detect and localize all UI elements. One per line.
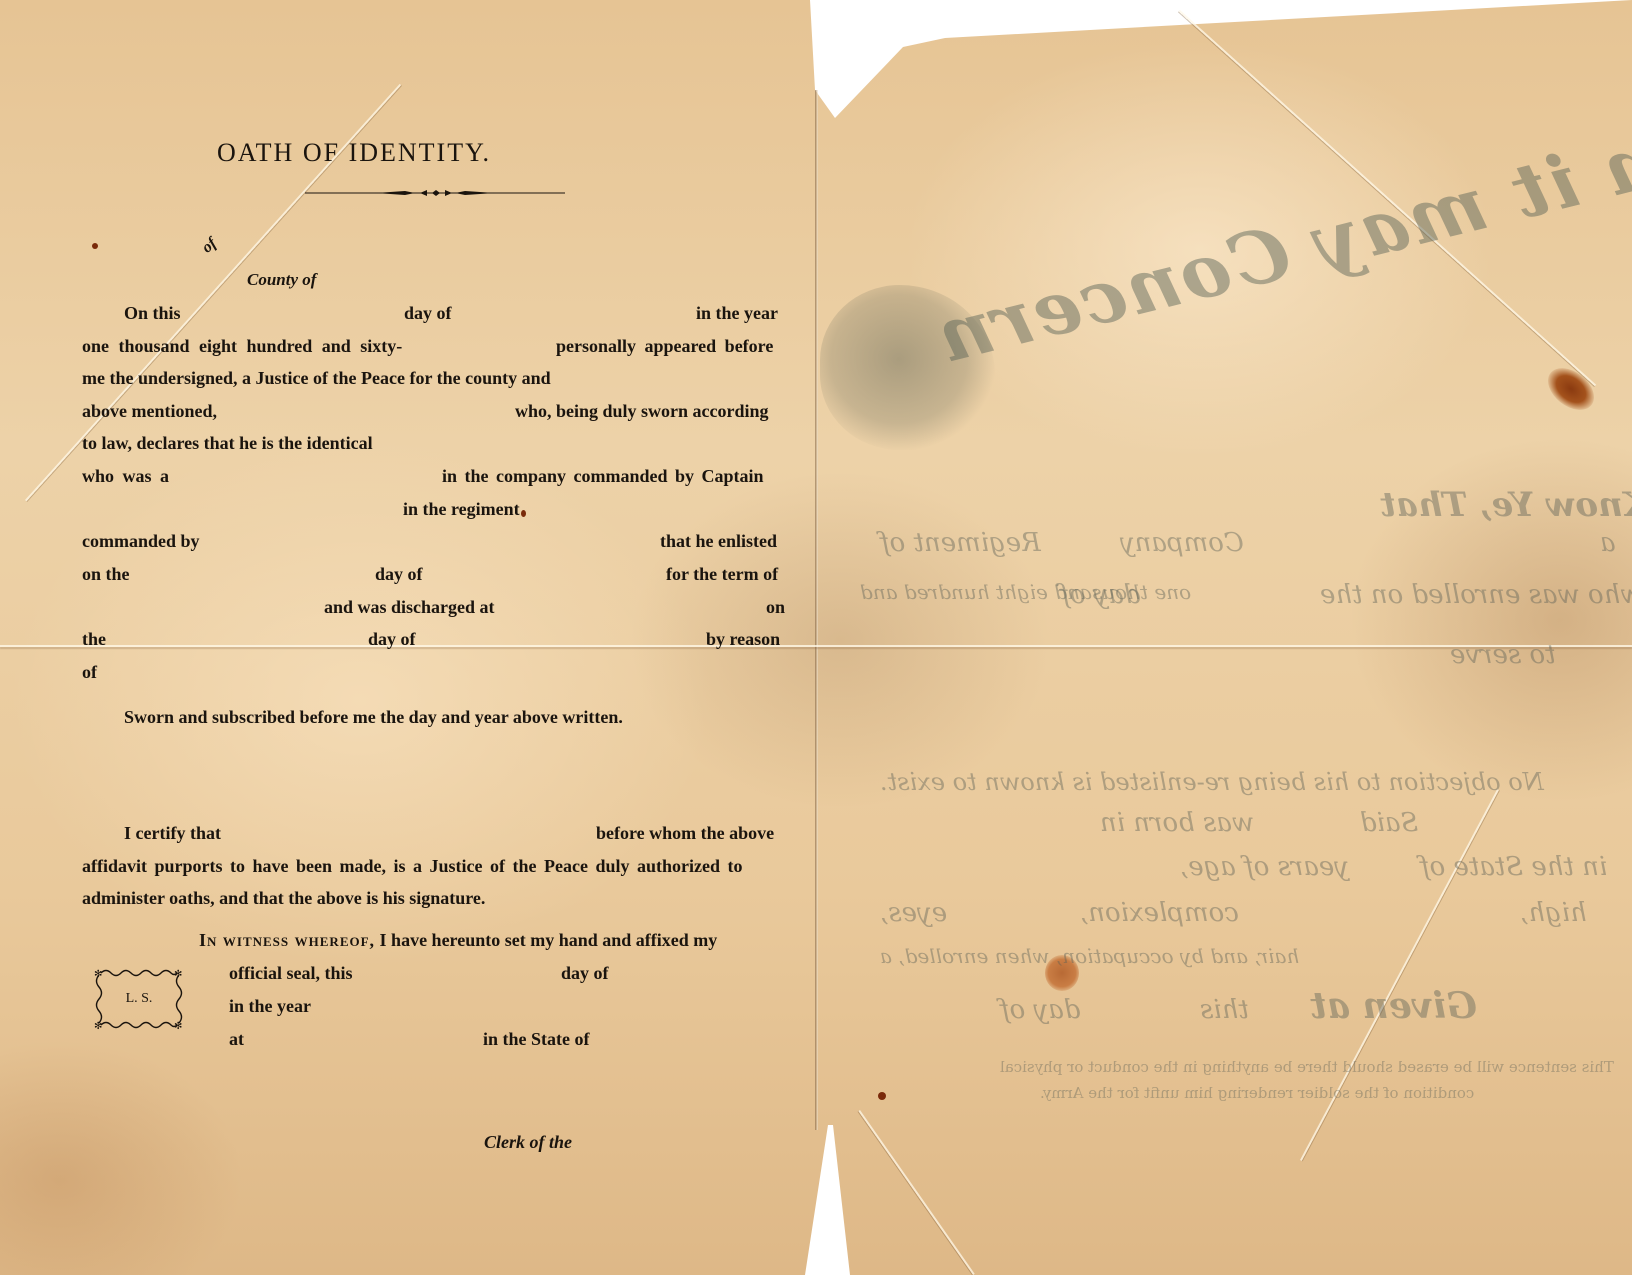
reverse-line: one thousand eight hundred and xyxy=(860,580,1191,604)
witness-lead: In witness whereof, xyxy=(199,930,375,950)
witness-line: in the State of xyxy=(483,1030,590,1048)
body-text: in the year xyxy=(696,304,778,322)
body-text: personally appeared before xyxy=(556,337,773,355)
oath-form: OATH OF IDENTITY. of County of On this d… xyxy=(0,0,820,1275)
reverse-footnote: This sentence will be erased should ther… xyxy=(1000,1058,1614,1076)
witness-rest: I have hereunto set my hand and affixed … xyxy=(380,930,718,950)
reverse-line: hair, and by occupation, when enrolled, … xyxy=(880,944,1299,968)
body-text: the xyxy=(82,630,106,648)
seal-label: L. S. xyxy=(93,991,185,1007)
body-text: in the company commanded by Captain xyxy=(442,467,764,485)
body-text: and was discharged at xyxy=(324,598,495,616)
body-text: in the regiment xyxy=(403,500,520,518)
witness-line: day of xyxy=(561,964,609,982)
reverse-line: Regiment of xyxy=(880,528,1041,558)
body-text: commanded by xyxy=(82,532,200,550)
clerk-signature-label: Clerk of the xyxy=(484,1133,572,1151)
of-label: of xyxy=(199,236,219,257)
body-text: On this xyxy=(124,304,181,322)
title-ornament-rule xyxy=(305,188,565,198)
reverse-line: Company xyxy=(1120,528,1244,558)
certify-text: affidavit purports to have been made, is… xyxy=(82,857,742,875)
body-text: on xyxy=(766,598,785,616)
reverse-line: a xyxy=(1600,528,1616,558)
reverse-line: was born in xyxy=(1100,808,1254,838)
body-text: above mentioned, xyxy=(82,402,217,420)
body-text: who was a xyxy=(82,467,169,485)
reverse-line: years of age, xyxy=(1180,852,1349,882)
reverse-line: day of xyxy=(1000,995,1080,1025)
certify-text: before whom the above xyxy=(596,824,774,842)
body-text: of xyxy=(82,663,97,681)
body-text: me the undersigned, a Justice of the Pea… xyxy=(82,369,551,387)
body-text: day of xyxy=(404,304,452,322)
body-text: who, being duly sworn according xyxy=(515,402,769,420)
svg-text:✻: ✻ xyxy=(94,969,102,980)
body-text: on the xyxy=(82,565,130,583)
svg-text:✻: ✻ xyxy=(174,969,182,980)
body-text: day of xyxy=(375,565,423,583)
body-text: for the term of xyxy=(666,565,778,583)
witness-line: official seal, this xyxy=(229,964,353,982)
reverse-line: to serve xyxy=(1450,640,1556,670)
county-label: County of xyxy=(247,271,316,288)
witness-text: In witness whereof, I have hereunto set … xyxy=(199,931,717,949)
svg-text:✻: ✻ xyxy=(94,1021,102,1031)
certify-text: administer oaths, and that the above is … xyxy=(82,889,485,907)
official-seal-placeholder: ✻ ✻ ✻ ✻ L. S. xyxy=(93,967,185,1031)
reverse-line: complexion, xyxy=(1080,898,1239,928)
reverse-line: this xyxy=(1200,995,1249,1025)
form-title: OATH OF IDENTITY. xyxy=(217,140,491,166)
reverse-line: No objection to his being re-enlisted is… xyxy=(880,768,1544,796)
witness-line: in the year xyxy=(229,997,311,1015)
certify-text: I certify that xyxy=(124,824,221,842)
reverse-line: eyes, xyxy=(880,898,947,928)
reverse-line: Given at xyxy=(1310,985,1477,1027)
reverse-line: high, xyxy=(1520,898,1587,928)
svg-text:✻: ✻ xyxy=(174,1021,182,1031)
sworn-statement: Sworn and subscribed before me the day a… xyxy=(124,708,623,726)
body-text: to law, declares that he is the identica… xyxy=(82,434,373,452)
ink-dot xyxy=(878,1092,886,1100)
reverse-line: who was enrolled on the xyxy=(1320,580,1632,610)
reverse-line: in the State of xyxy=(1420,852,1607,882)
body-text: day of xyxy=(368,630,416,648)
body-text: that he enlisted xyxy=(660,532,777,550)
witness-line: at xyxy=(229,1030,244,1048)
reverse-footnote: condition of the soldier rendering him u… xyxy=(1040,1084,1474,1102)
scanned-document: To all whom it may Concern Know Ye, That… xyxy=(0,0,1632,1275)
body-text: by reason xyxy=(706,630,780,648)
reverse-line: Said xyxy=(1360,808,1418,838)
body-text: one thousand eight hundred and sixty- xyxy=(82,337,402,355)
reverse-line: Know Ye, That xyxy=(1380,485,1632,525)
